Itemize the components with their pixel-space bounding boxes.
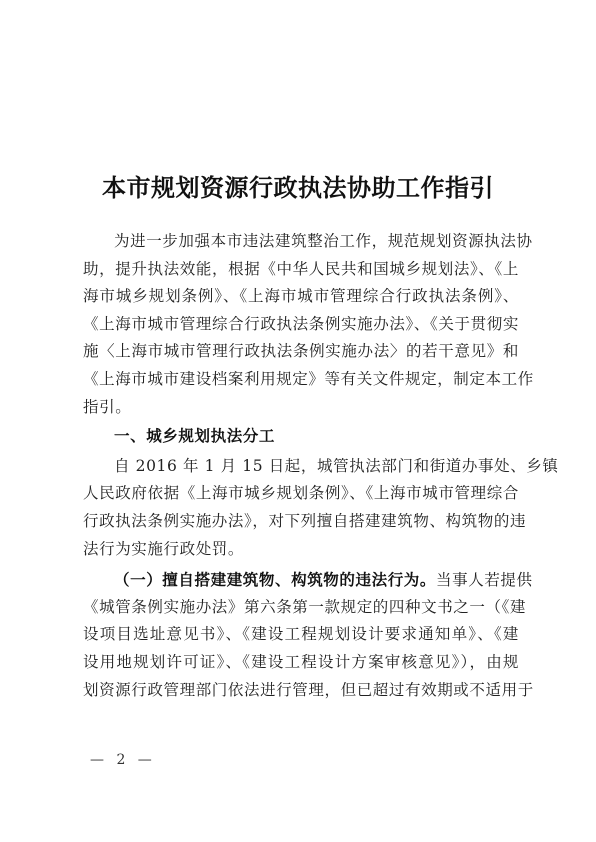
text-line: （一）擅自搭建建筑物、构筑物的违法行为。当事人若提供 — [83, 566, 519, 594]
document-body: 为进一步加强本市违法建筑整治工作，规范规划资源执法协 助，提升执法效能，根据《中… — [83, 228, 519, 704]
text-line: 为进一步加强本市违法建筑整治工作，规范规划资源执法协 — [83, 228, 519, 256]
text-line: 行政执法条例实施办法》，对下列擅自搭建建筑物、构筑物的违 — [83, 508, 519, 536]
section-heading: 一、城乡规划执法分工 — [83, 423, 519, 451]
text-run: 当事人若提供 — [436, 571, 533, 589]
subsection-paragraph: （一）擅自搭建建筑物、构筑物的违法行为。当事人若提供 《城管条例实施办法》第六条… — [83, 566, 519, 704]
subsection-heading: （一）擅自搭建建筑物、构筑物的违法行为。 — [114, 570, 436, 589]
text-line: 指引。 — [83, 394, 519, 422]
text-line: 划资源行政管理部门依法进行管理，但已超过有效期或不适用于 — [83, 677, 519, 705]
text-line: 设项目选址意见书》、《建设工程规划设计要求通知单》、《建 — [83, 621, 519, 649]
text-line: 设用地规划许可证》、《建设工程设计方案审核意见》），由规 — [83, 649, 519, 677]
intro-paragraph: 为进一步加强本市违法建筑整治工作，规范规划资源执法协 助，提升执法效能，根据《中… — [83, 228, 519, 421]
text-line: 《城管条例实施办法》第六条第一款规定的四种文书之一（《建 — [83, 594, 519, 622]
document-title: 本市规划资源行政执法协助工作指引 — [0, 168, 596, 203]
section-paragraph: 自 2016 年 1 月 15 日起，城管执法部门和街道办事处、乡镇 人民政府依… — [83, 453, 519, 563]
text-line: 自 2016 年 1 月 15 日起，城管执法部门和街道办事处、乡镇 — [83, 453, 519, 481]
text-line: 人民政府依据《上海市城乡规划条例》、《上海市城市管理综合 — [83, 480, 519, 508]
text-line: 《上海市城市管理综合行政执法条例实施办法》、《关于贯彻实 — [83, 311, 519, 339]
text-line: 助，提升执法效能，根据《中华人民共和国城乡规划法》、《上 — [83, 256, 519, 284]
page-number: — 2 — — [90, 752, 156, 768]
text-line: 法行为实施行政处罚。 — [83, 536, 519, 564]
text-line: 《上海市城市建设档案利用规定》等有关文件规定，制定本工作 — [83, 366, 519, 394]
document-page: 本市规划资源行政执法协助工作指引 为进一步加强本市违法建筑整治工作，规范规划资源… — [0, 0, 596, 842]
text-line: 施〈上海市城市管理行政执法条例实施办法〉的若干意见》和 — [83, 338, 519, 366]
text-line: 海市城乡规划条例》、《上海市城市管理综合行政执法条例》、 — [83, 283, 519, 311]
